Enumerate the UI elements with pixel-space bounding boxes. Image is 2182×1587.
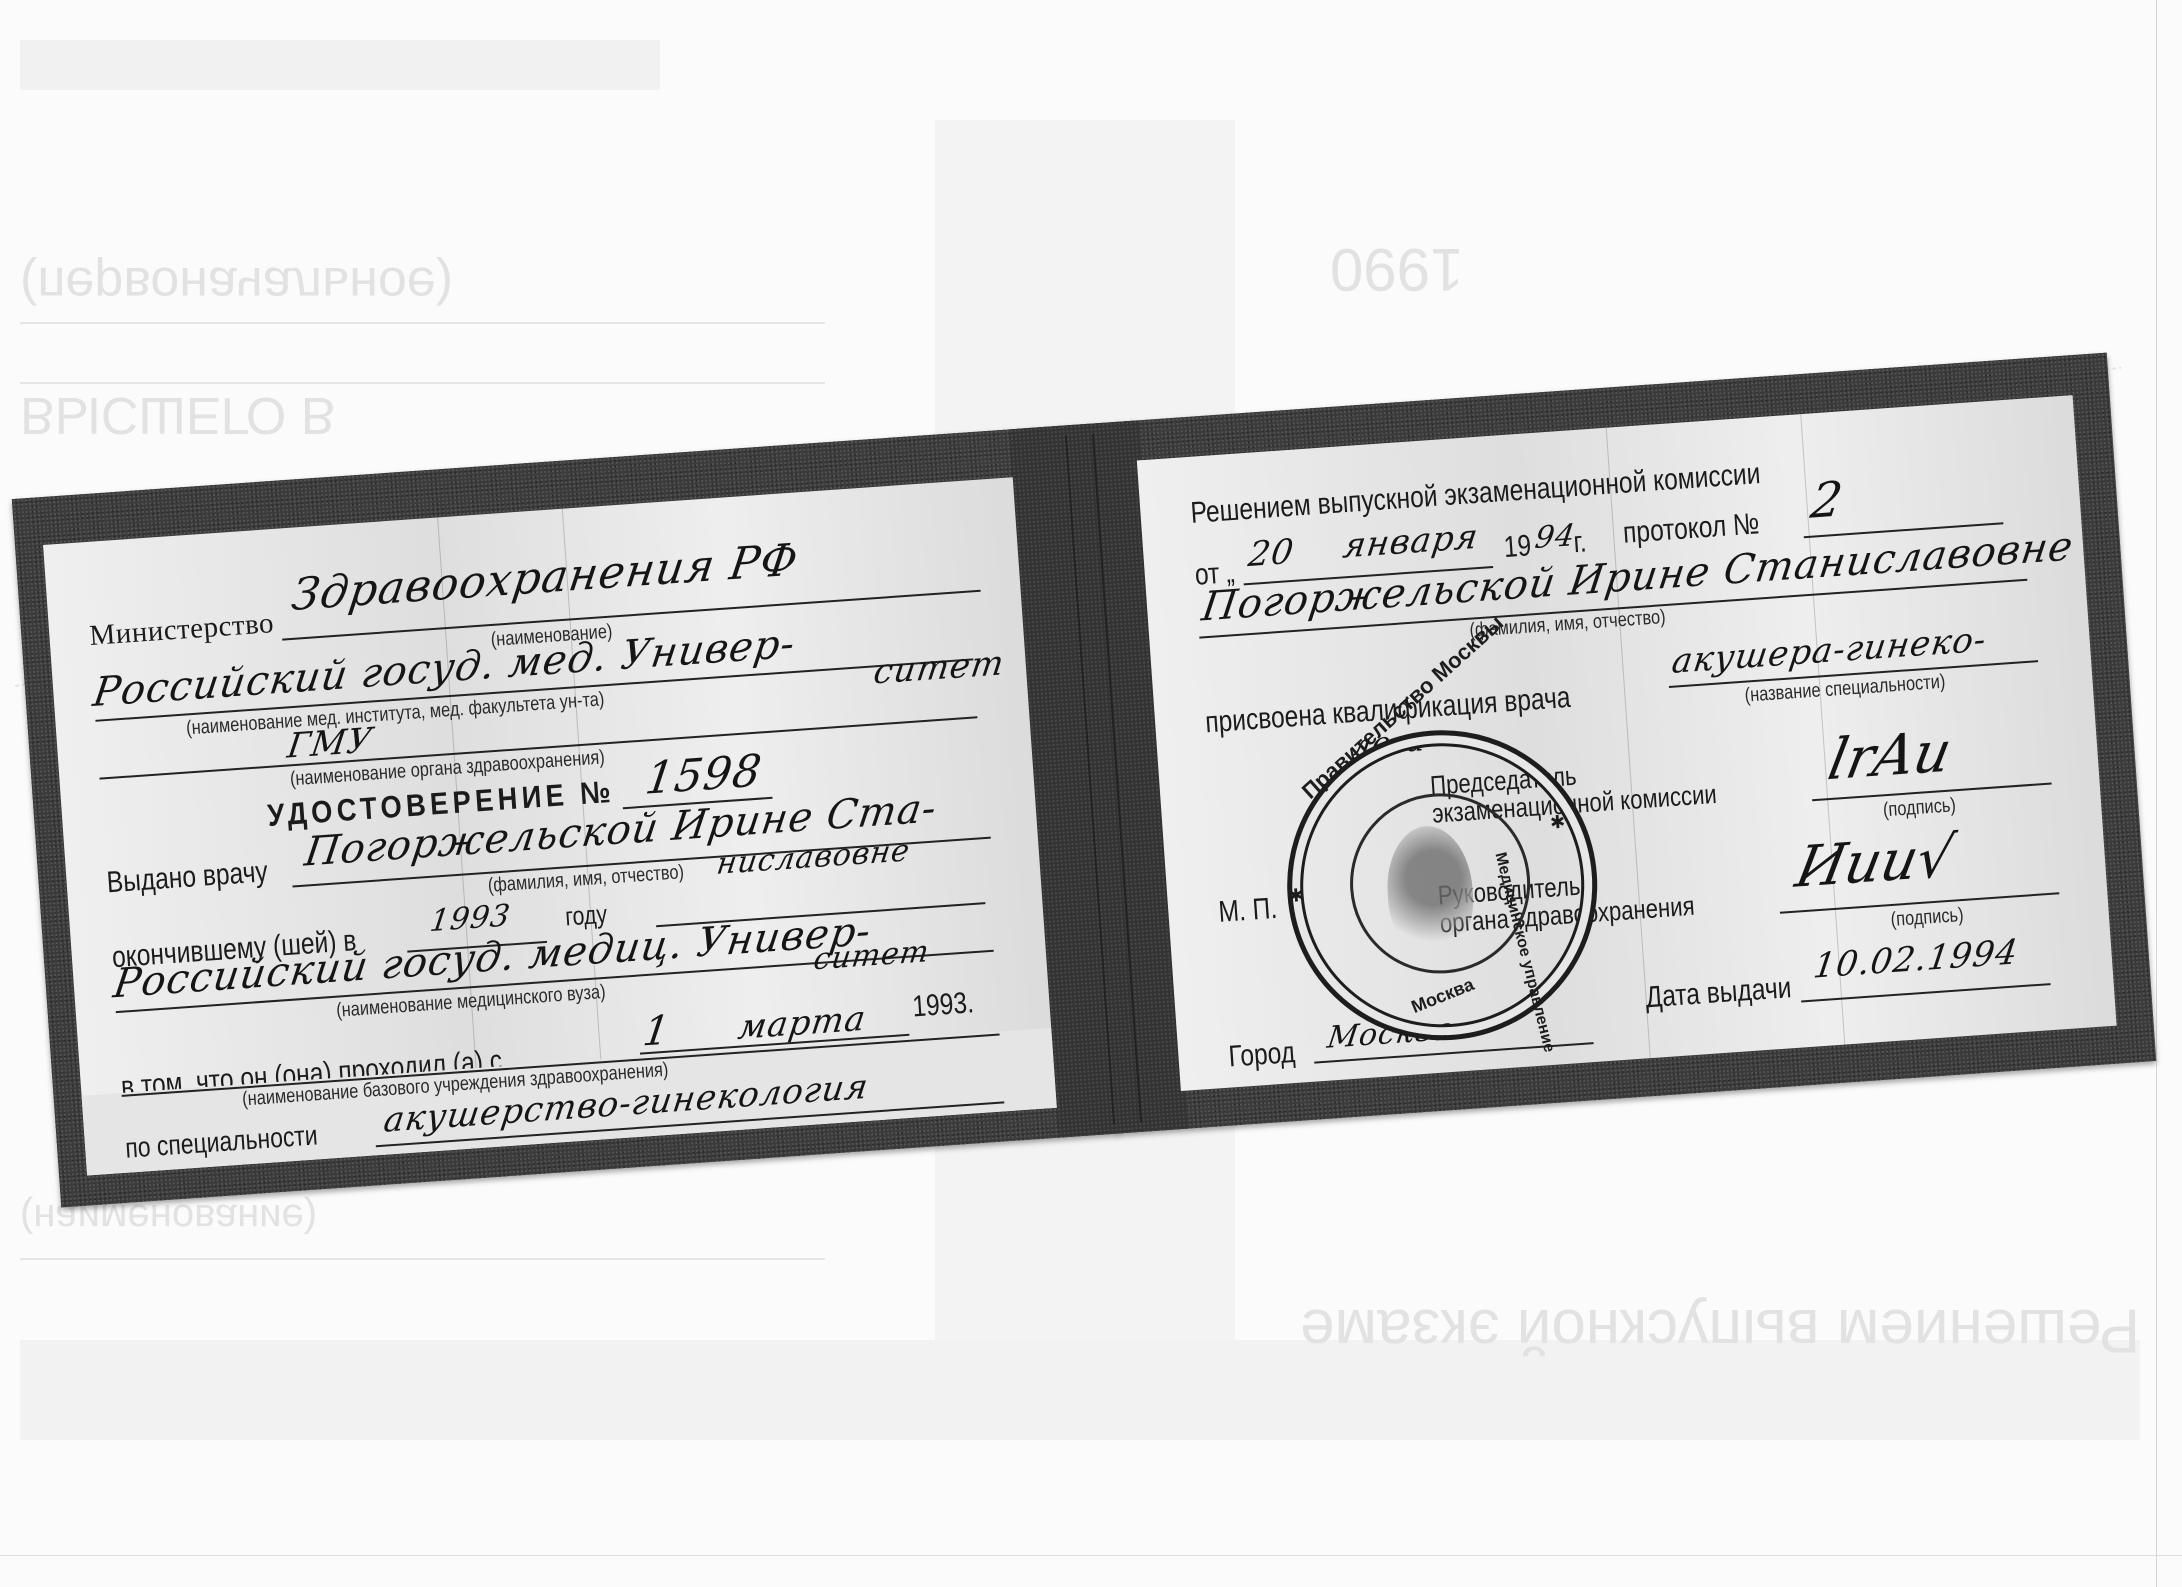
specialty-label: по специальности xyxy=(124,1119,318,1164)
left-page-bottom: (наименование базового учреждения здраво… xyxy=(82,1028,1057,1176)
ghost-text: (первоначальное) xyxy=(20,255,453,315)
ghost-rule xyxy=(20,382,825,384)
ghost-text: ВЫСШЕГО В xyxy=(20,385,335,445)
ghost-text: Решением выпускной экзаме xyxy=(1300,1295,2140,1366)
ghost-number: 1990 xyxy=(1330,235,1463,304)
ghost-rule xyxy=(20,322,825,324)
left-page-extension: (наименование базового учреждения здраво… xyxy=(12,353,2156,1208)
ghost-rule xyxy=(20,1258,825,1260)
paper-edge xyxy=(2156,0,2157,1587)
ghost-band-left xyxy=(20,40,660,90)
paper-bottom-edge xyxy=(0,1555,2182,1556)
